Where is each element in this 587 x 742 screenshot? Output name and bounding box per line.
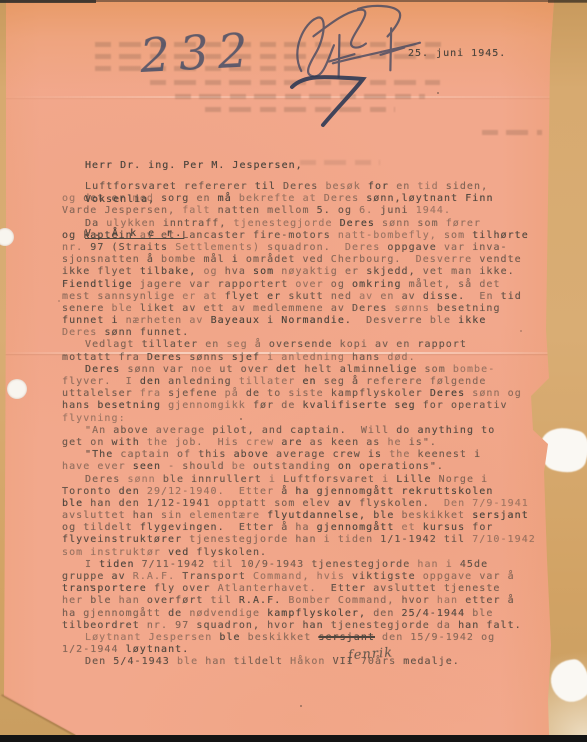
- body-line: I tiden 7/11-1942 til 10/9-1943 tjeneste…: [62, 559, 552, 571]
- body-line: flyver. I den anledning tillater en seg …: [62, 376, 552, 388]
- body-line: avsluttet han sin elementære flyutdannel…: [62, 510, 552, 522]
- body-line: funnet i nærheten av Bayeaux i Normandie…: [62, 315, 552, 327]
- body-line: mottatt fra Deres sønns sjef i anledning…: [62, 352, 552, 364]
- body-line: her ble han overført til R.A.F. Bomber C…: [62, 595, 552, 607]
- body-line: flyvning:: [62, 413, 552, 425]
- handwritten-page-numeral-seven: 7: [288, 66, 372, 130]
- body-line: og det er med sorg en må bekrefte at Der…: [62, 193, 552, 205]
- dust-speck: [90, 585, 92, 587]
- scan-edge-top-right: [548, 0, 587, 3]
- body-line: hans besetning gjennomgikk før de kvalif…: [62, 400, 552, 412]
- struck-word: sersjant: [318, 632, 375, 643]
- handwritten-archive-number: 232: [139, 23, 258, 84]
- dust-speck: [300, 705, 302, 707]
- body-line: Da ulykken inntraff, tjenestegjorde Dere…: [62, 218, 552, 230]
- body-line: Fiendtlige jagere var rapportert over og…: [62, 279, 552, 291]
- bleedthrough-smudge: [482, 130, 542, 135]
- body-line: ikke flyet tilbake, og hva som nøyaktig …: [62, 266, 552, 278]
- handwritten-correction: fenrik: [348, 645, 394, 663]
- recipient-name: Herr Dr. ing. Per M. Jespersen,: [85, 160, 303, 171]
- body-line: Deres sønn funnet.: [62, 327, 552, 339]
- body-line: have ever seen - should be outstanding o…: [62, 461, 552, 473]
- body-line: "An above average pilot, and captain. Wi…: [62, 425, 552, 437]
- dust-speck: [520, 330, 522, 332]
- body-line: som instruktør ved flyskolen.: [62, 547, 552, 559]
- scan-edge-bottom: [0, 735, 587, 742]
- body-line: Deres sønn ble innrullert i Luftforsvare…: [62, 474, 552, 486]
- body-line: Varde Jespersen, falt natten mellom 5. o…: [62, 205, 552, 217]
- body-line: gruppe av R.A.F. Transport Command, hvis…: [62, 571, 552, 583]
- body-line: tilbeordret nr. 97 squadron, hvor han tj…: [62, 620, 552, 632]
- body-line: mest sannsynlige er at flyet er skutt ne…: [62, 291, 552, 303]
- scan-edge-top-left: [0, 0, 96, 3]
- paper-tear-right-lower: [548, 658, 587, 705]
- body-line: Deres sønn var noe ut over det helt almi…: [62, 364, 552, 376]
- dust-speck: [240, 418, 242, 420]
- body-line: og tildelt flygevingen. Etter å ha gjenn…: [62, 522, 552, 534]
- body-lines: Luftforsvaret refererer til Deres besøk …: [62, 181, 552, 669]
- body-line: 1/2-1944 løytnant.: [62, 644, 552, 656]
- body-line: transportere fly over Atlanterhavet. Ett…: [62, 583, 552, 595]
- body-line: sjonsnatten å bombe mål i området ved Ch…: [62, 254, 552, 266]
- bleedthrough-smudge: [300, 160, 380, 165]
- body-line: uttalelser fra sjefene på de to siste ka…: [62, 388, 552, 400]
- body-line: Løytnant Jespersen ble beskikket sersjan…: [62, 632, 552, 644]
- body-line: ha gjennomgått de nødvendige kampflyskol…: [62, 608, 552, 620]
- body-line: Den 5/4-1943 ble han tildelt Håkon VII 7…: [62, 656, 552, 668]
- dust-speck: [437, 92, 439, 94]
- letter-paper: 232 7 25. juni 1945. Herr Dr. ing. Per M…: [0, 0, 587, 742]
- body-line: Luftforsvaret refererer til Deres besøk …: [62, 181, 552, 193]
- dust-speck: [58, 300, 60, 302]
- body-line: "The captain of this above average crew …: [62, 449, 552, 461]
- body-line: Vedlagt tillater en seg å oversende kopi…: [62, 339, 552, 351]
- date-line: 25. juni 1945.: [408, 48, 506, 59]
- body-line: Toronto den 29/12-1940. Etter å ha gjenn…: [62, 486, 552, 498]
- body-line: nr. 97 (Straits Settlements) squadron. D…: [62, 242, 552, 254]
- scanned-letter-page: 232 7 25. juni 1945. Herr Dr. ing. Per M…: [0, 0, 587, 742]
- body-line: get on with the job. His crew are as kee…: [62, 437, 552, 449]
- body-line: og kaptein av et Lancaster fire-motors n…: [62, 230, 552, 242]
- punch-hole: [7, 379, 27, 399]
- body-line: senere ble liket av ett av medlemmene av…: [62, 303, 552, 315]
- body-line: ble han den 1/12-1941 opptatt som elev a…: [62, 498, 552, 510]
- body-line: flyveinstruktører tjenestegjorde han i t…: [62, 534, 552, 546]
